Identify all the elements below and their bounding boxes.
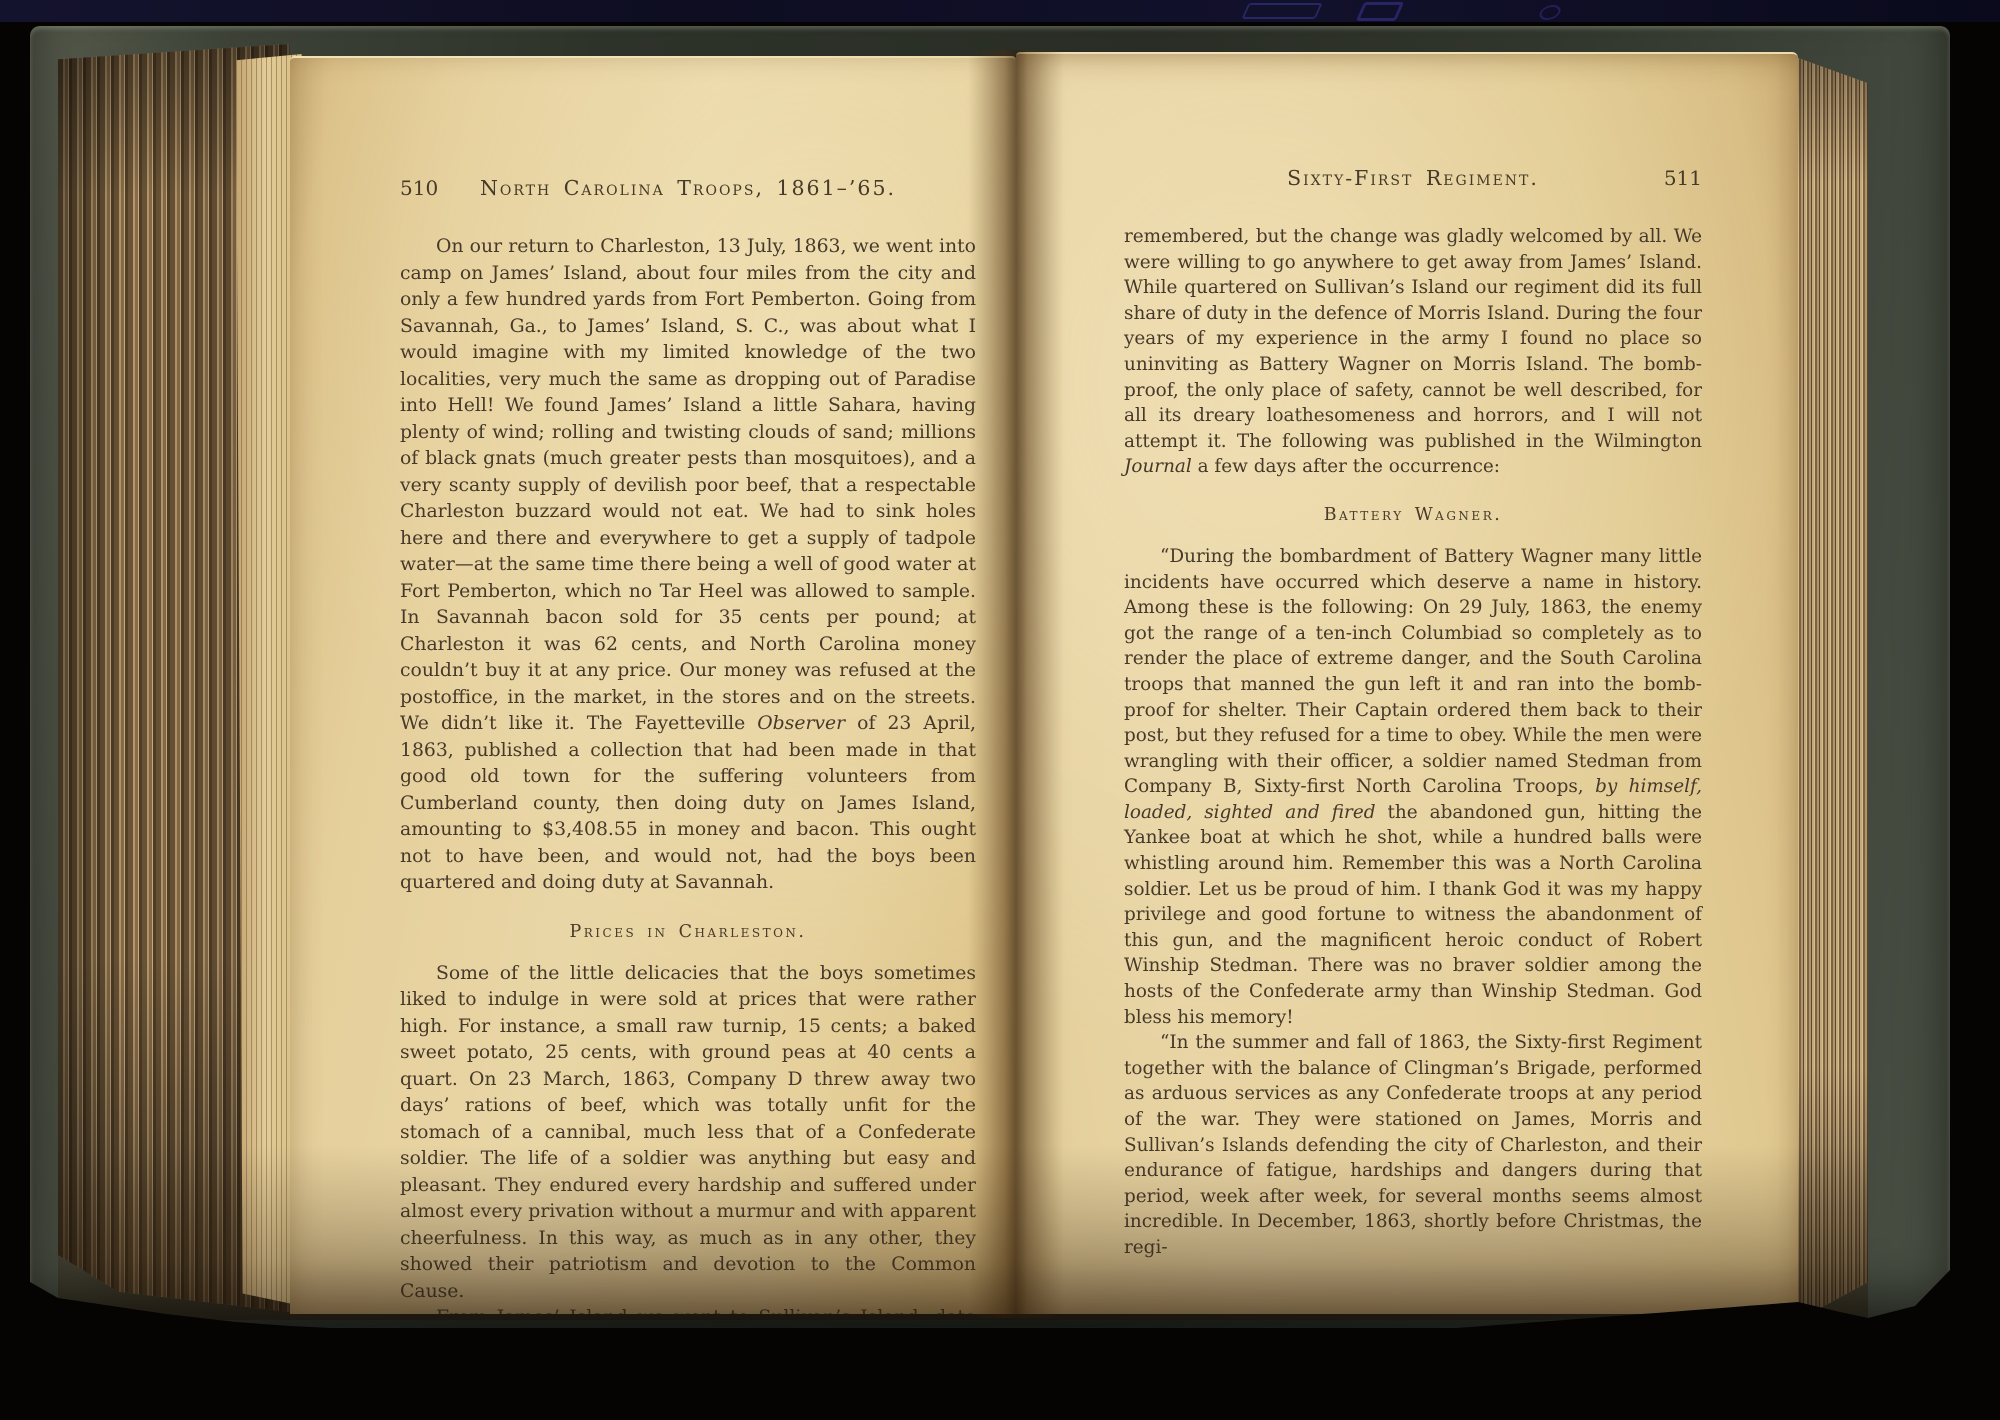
running-header-right: Sixty-First Regiment. (1287, 166, 1539, 190)
left-page-header: 510 North Carolina Troops, 1861–’65. (400, 176, 976, 200)
open-book-photo: 510 North Carolina Troops, 1861–’65. On … (0, 0, 2000, 1420)
blue-ink-mark (1241, 3, 1322, 19)
left-page: 510 North Carolina Troops, 1861–’65. On … (290, 56, 1016, 1314)
blue-ink-mark (1356, 2, 1404, 21)
paragraph: “During the bombardment of Battery Wagne… (1124, 544, 1702, 1030)
paragraph: remembered, but the change was gladly we… (1124, 224, 1702, 480)
page-stack-right (1798, 58, 1868, 1320)
running-header-left: North Carolina Troops, 1861–’65. (480, 176, 896, 200)
page-number-right: 511 (1664, 166, 1702, 190)
section-heading-prices-in-charleston: Prices in Charleston. (400, 922, 976, 942)
paragraph: On our return to Charleston, 13 July, 18… (400, 234, 976, 897)
bottom-shadow-mask (0, 1210, 2000, 1420)
page-number-left: 510 (400, 176, 438, 200)
blue-ink-mark (1537, 5, 1564, 20)
right-page-header: Sixty-First Regiment. 511 (1124, 166, 1702, 190)
right-page: Sixty-First Regiment. 511 remembered, bu… (1016, 52, 1798, 1314)
section-heading-battery-wagner: Battery Wagner. (1124, 505, 1702, 525)
table-edge-strip (0, 0, 2000, 22)
